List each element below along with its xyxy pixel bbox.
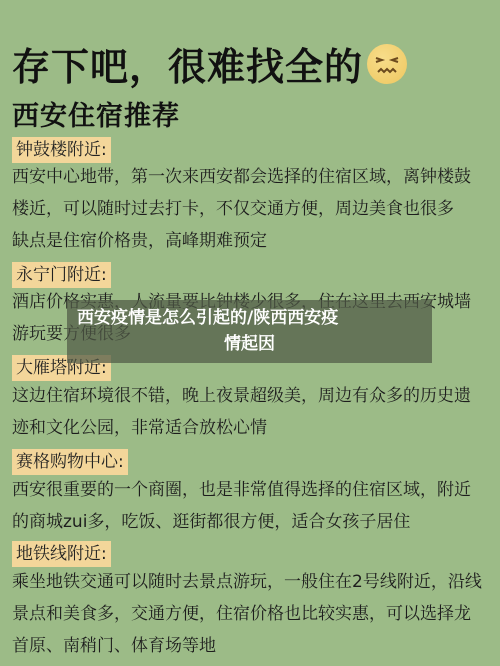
section-label-metro: 地铁线附近:: [12, 541, 111, 567]
section-text-saige: 西安很重要的一个商圈，也是非常值得选择的住宿区域，附近 的商城zui多，吃饭、逛…: [12, 474, 492, 538]
text-line: 这边住宿环境很不错，晚上夜景超级美，周边有众多的历史遗: [12, 380, 492, 412]
headline: 存下吧，很难找全的: [12, 36, 407, 91]
article-image: 存下吧，很难找全的 西安住宿推荐 钟鼓楼附近: 西安中心地带，第一次来西安都会选…: [0, 0, 500, 666]
caption-line-2: 情起因: [224, 334, 275, 354]
page-subtitle: 西安住宿推荐: [12, 94, 180, 133]
text-line: 迹和文化公园，非常适合放松心情: [12, 412, 492, 444]
caption-line-1: 西安疫情是怎么引起的/陕西西安疫: [67, 305, 432, 331]
section-text-zhonggulou: 西安中心地带，第一次来西安都会选择的住宿区域，离钟楼鼓 楼近，可以随时过去打卡，…: [12, 161, 492, 257]
caption-overlay: 西安疫情是怎么引起的/陕西西安疫 情起因: [67, 300, 432, 363]
text-line: 首原、南稍门、体育场等地: [12, 630, 492, 662]
text-line: 景点和美食多，交通方便，住宿价格也比较实惠，可以选择龙: [12, 598, 492, 630]
text-line: 西安中心地带，第一次来西安都会选择的住宿区域，离钟楼鼓: [12, 161, 492, 193]
section-text-metro: 乘坐地铁交通可以随时去景点游玩，一般住在2号线附近，沿线 景点和美食多，交通方便…: [12, 566, 492, 662]
text-line: 缺点是住宿价格贵，高峰期难预定: [12, 225, 492, 257]
headline-text: 存下吧，很难找全的: [12, 36, 363, 91]
text-line: 的商城zui多，吃饭、逛街都很方便，适合女孩子居住: [12, 506, 492, 538]
section-text-dayanta: 这边住宿环境很不错，晚上夜景超级美，周边有众多的历史遗 迹和文化公园，非常适合放…: [12, 380, 492, 444]
text-line: 乘坐地铁交通可以随时去景点游玩，一般住在2号线附近，沿线: [12, 566, 492, 598]
text-line: 西安很重要的一个商圈，也是非常值得选择的住宿区域，附近: [12, 474, 492, 506]
section-label-zhonggulou: 钟鼓楼附近:: [12, 137, 111, 163]
confounded-face-icon: [367, 44, 407, 84]
section-label-saige: 赛格购物中心:: [12, 449, 128, 475]
section-label-yongningmen: 永宁门附近:: [12, 262, 111, 288]
text-line: 楼近，可以随时过去打卡，不仅交通方便，周边美食也很多: [12, 193, 492, 225]
